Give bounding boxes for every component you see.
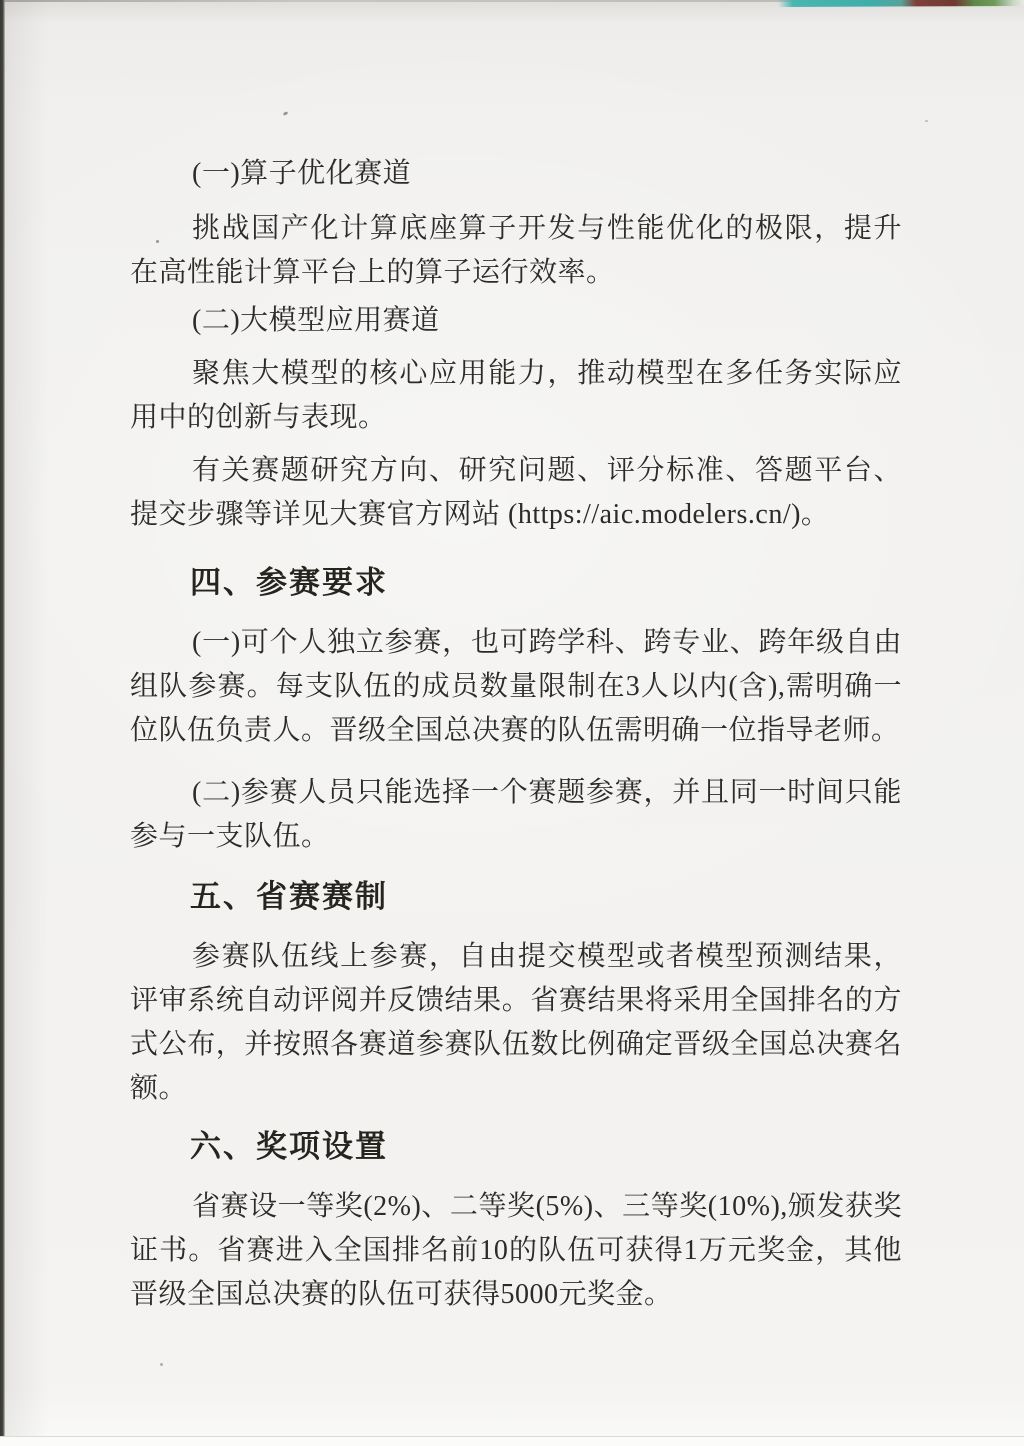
paragraph-official-website: 有关赛题研究方向、研究问题、评分标准、答题平台、提交步骤等详见大赛官方网站 (h… [130, 449, 902, 537]
paragraph-requirement-1: (一)可个人独立参赛，也可跨学科、跨专业、跨年级自由组队参赛。每支队伍的成员数量… [130, 621, 902, 753]
paragraph-track-llm: 聚焦大模型的核心应用能力，推动模型在多任务实际应用中的创新与表现。 [130, 352, 902, 440]
heading-section-4-requirements: 四、参赛要求 [130, 562, 902, 604]
scan-bottom-edge [0, 1436, 1024, 1446]
paragraph-requirement-2: (二)参赛人员只能选择一个赛题参赛，并且同一时间只能参与一支队伍。 [130, 771, 902, 859]
scan-left-shading [0, 0, 60, 1446]
paper-speck [160, 1363, 163, 1366]
heading-section-6-awards: 六、奖项设置 [130, 1126, 902, 1168]
heading-section-5-provincial-format: 五、省赛赛制 [130, 876, 902, 918]
scan-left-edge [0, 0, 5, 1446]
subheading-track-operator: (一)算子优化赛道 [130, 152, 902, 196]
paper-speck [283, 111, 289, 116]
document-body: (一)算子优化赛道 挑战国产化计算底座算子开发与性能优化的极限，提升在高性能计算… [130, 150, 902, 1317]
scan-color-strip [778, 0, 1024, 7]
subheading-track-llm: (二)大模型应用赛道 [130, 299, 902, 343]
paragraph-track-operator: 挑战国产化计算底座算子开发与性能优化的极限，提升在高性能计算平台上的算子运行效率… [130, 207, 902, 295]
paper-speck [925, 120, 928, 122]
paragraph-awards: 省赛设一等奖(2%)、二等奖(5%)、三等奖(10%),颁发获奖证书。省赛进入全… [130, 1185, 902, 1317]
scanned-page: (一)算子优化赛道 挑战国产化计算底座算子开发与性能优化的极限，提升在高性能计算… [0, 0, 1024, 1446]
paragraph-provincial-format: 参赛队伍线上参赛，自由提交模型或者模型预测结果，评审系统自动评阅并反馈结果。省赛… [130, 935, 902, 1111]
